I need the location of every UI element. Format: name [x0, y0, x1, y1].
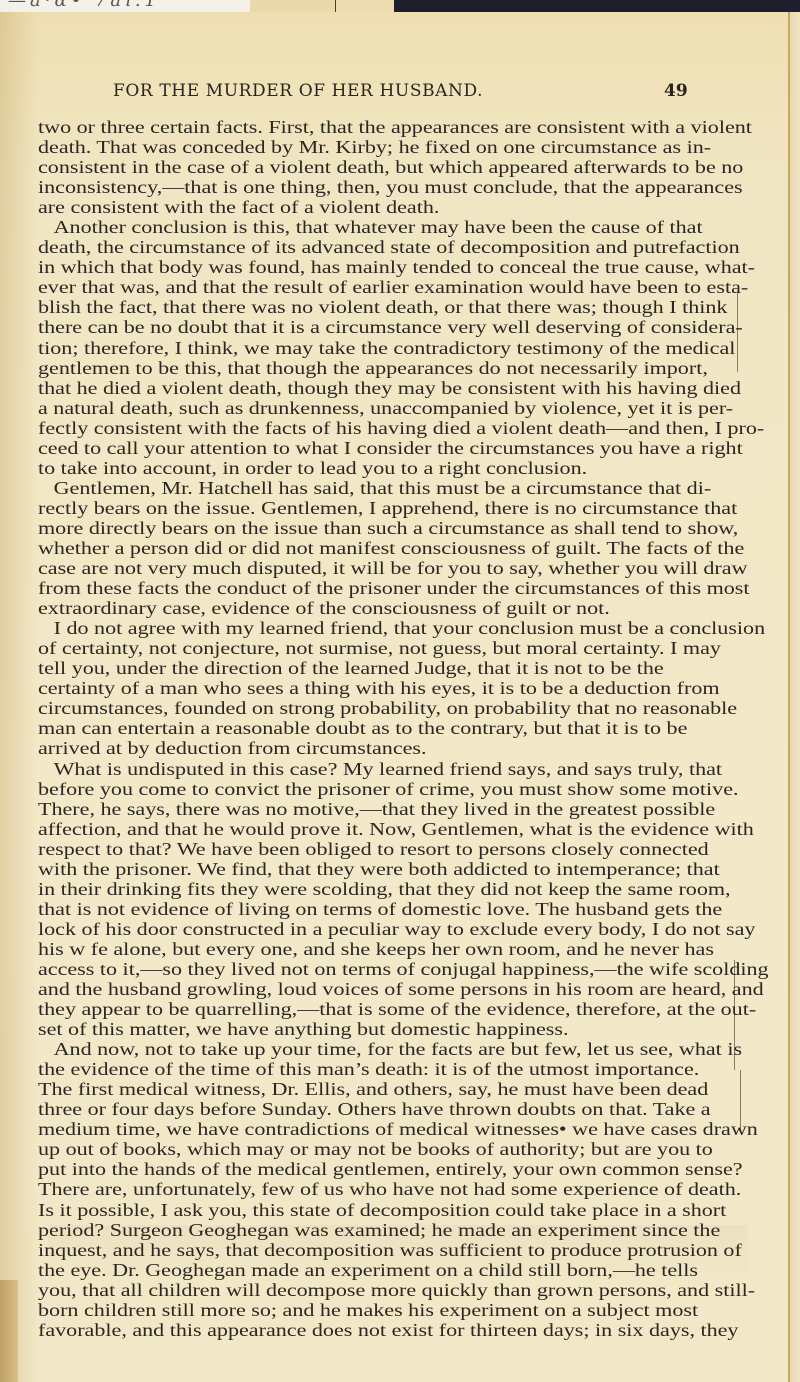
text-line: that is not evidence of living on terms …: [38, 899, 547, 919]
text-line: to take into account, in order to lead y…: [38, 458, 547, 478]
paragraph: And now, not to take up your time, for t…: [38, 1039, 547, 1340]
text-line: Gentlemen, Mr. Hatchell has said, that t…: [38, 478, 547, 498]
text-line: There, he says, there was no motive,—tha…: [38, 799, 547, 819]
text-line: respect to that? We have been obliged to…: [38, 839, 547, 859]
text-line: circumstances, founded on strong probabi…: [38, 698, 547, 718]
text-line: inconsistency,—that is one thing, then, …: [38, 177, 547, 197]
text-line: ceed to call your attention to what I co…: [38, 438, 547, 458]
scanned-book-page: —a·α• 7aı.1 FOR THE MURDER OF HER HUSBAN…: [0, 0, 800, 1382]
running-title: FOR THE MURDER OF HER HUSBAND.: [113, 81, 483, 101]
text-line: from these facts the conduct of the pris…: [38, 578, 547, 598]
left-binding-edge: [0, 1280, 18, 1382]
paragraph: What is undisputed in this case? My lear…: [38, 759, 547, 1040]
right-page-edge: [790, 12, 800, 1382]
text-line: death. That was conceded by Mr. Kirby; h…: [38, 137, 547, 157]
text-line: lock of his door constructed in a peculi…: [38, 919, 547, 939]
text-line: blish the fact, that there was no violen…: [38, 297, 547, 317]
text-line: and the husband growling, loud voices of…: [38, 979, 547, 999]
text-line: before you come to convict the prisoner …: [38, 779, 547, 799]
text-line: certainty of a man who sees a thing with…: [38, 678, 547, 698]
text-line: extraordinary case, evidence of the cons…: [38, 598, 547, 618]
text-line: period? Surgeon Geoghegan was examined; …: [38, 1220, 547, 1240]
text-line: There are, unfortunately, few of us who …: [38, 1179, 547, 1199]
text-line: three or four days before Sunday. Others…: [38, 1099, 547, 1119]
text-line: the eye. Dr. Geoghegan made an experimen…: [38, 1260, 547, 1280]
text-line: The first medical witness, Dr. Ellis, an…: [38, 1079, 547, 1099]
text-line: inquest, and he says, that decomposition…: [38, 1240, 547, 1260]
text-line: fectly consistent with the facts of his …: [38, 418, 547, 438]
text-line: whether a person did or did not manifest…: [38, 538, 547, 558]
text-line: there can be no doubt that it is a circu…: [38, 317, 547, 337]
text-line: medium time, we have contradictions of m…: [38, 1119, 547, 1139]
text-line: his w fe alone, but every one, and she k…: [38, 939, 547, 959]
text-line: What is undisputed in this case? My lear…: [38, 759, 547, 779]
paragraph: Gentlemen, Mr. Hatchell has said, that t…: [38, 478, 547, 618]
body-text: two or three certain facts. First, that …: [38, 117, 547, 1340]
text-line: case are not very much disputed, it will…: [38, 558, 547, 578]
text-line: gentlemen to be this, that though the ap…: [38, 358, 547, 378]
text-line: consistent in the case of a violent deat…: [38, 157, 547, 177]
text-line: tion; therefore, I think, we may take th…: [38, 338, 547, 358]
text-line: tell you, under the direction of the lea…: [38, 658, 547, 678]
text-line: in their drinking fits they were scoldin…: [38, 879, 547, 899]
text-line: in which that body was found, has mainly…: [38, 257, 547, 277]
text-line: two or three certain facts. First, that …: [38, 117, 547, 137]
text-line: death, the circumstance of its advanced …: [38, 237, 547, 257]
text-line: you, that all children will decompose mo…: [38, 1280, 547, 1300]
text-line: they appear to be quarrelling,—that is s…: [38, 999, 547, 1019]
text-line: affection, and that he would prove it. N…: [38, 819, 547, 839]
paragraph: Another conclusion is this, that whateve…: [38, 217, 547, 478]
text-line: And now, not to take up your time, for t…: [38, 1039, 547, 1059]
text-line: that he died a violent death, though the…: [38, 378, 547, 398]
paragraph: I do not agree with my learned friend, t…: [38, 618, 547, 758]
text-line: I do not agree with my learned friend, t…: [38, 618, 547, 638]
text-line: the evidence of the time of this man’s d…: [38, 1059, 547, 1079]
text-line: more directly bears on the issue than su…: [38, 518, 547, 538]
text-line: man can entertain a reasonable doubt as …: [38, 718, 547, 738]
text-line: of certainty, not conjecture, not surmis…: [38, 638, 547, 658]
text-line: rectly bears on the issue. Gentlemen, I …: [38, 498, 547, 518]
text-line: favorable, and this appearance does not …: [38, 1320, 547, 1340]
handwritten-annotation: —a·α• 7aı.1: [8, 0, 160, 11]
text-line: with the prisoner. We find, that they we…: [38, 859, 547, 879]
text-line: arrived at by deduction from circumstanc…: [38, 738, 547, 758]
text-line: ever that was, and that the result of ea…: [38, 277, 547, 297]
text-line: put into the hands of the medical gentle…: [38, 1159, 547, 1179]
text-line: Is it possible, I ask you, this state of…: [38, 1200, 547, 1220]
text-line: born children still more so; and he make…: [38, 1300, 547, 1320]
text-line: are consistent with the fact of a violen…: [38, 197, 547, 217]
text-line: Another conclusion is this, that whateve…: [38, 217, 547, 237]
text-line: set of this matter, we have anything but…: [38, 1019, 547, 1039]
text-line: access to it,—so they lived not on terms…: [38, 959, 547, 979]
text-line: up out of books, which may or may not be…: [38, 1139, 547, 1159]
text-line: a natural death, such as drunkenness, un…: [38, 398, 547, 418]
page-number: 49: [664, 81, 688, 101]
paragraph: two or three certain facts. First, that …: [38, 117, 547, 217]
